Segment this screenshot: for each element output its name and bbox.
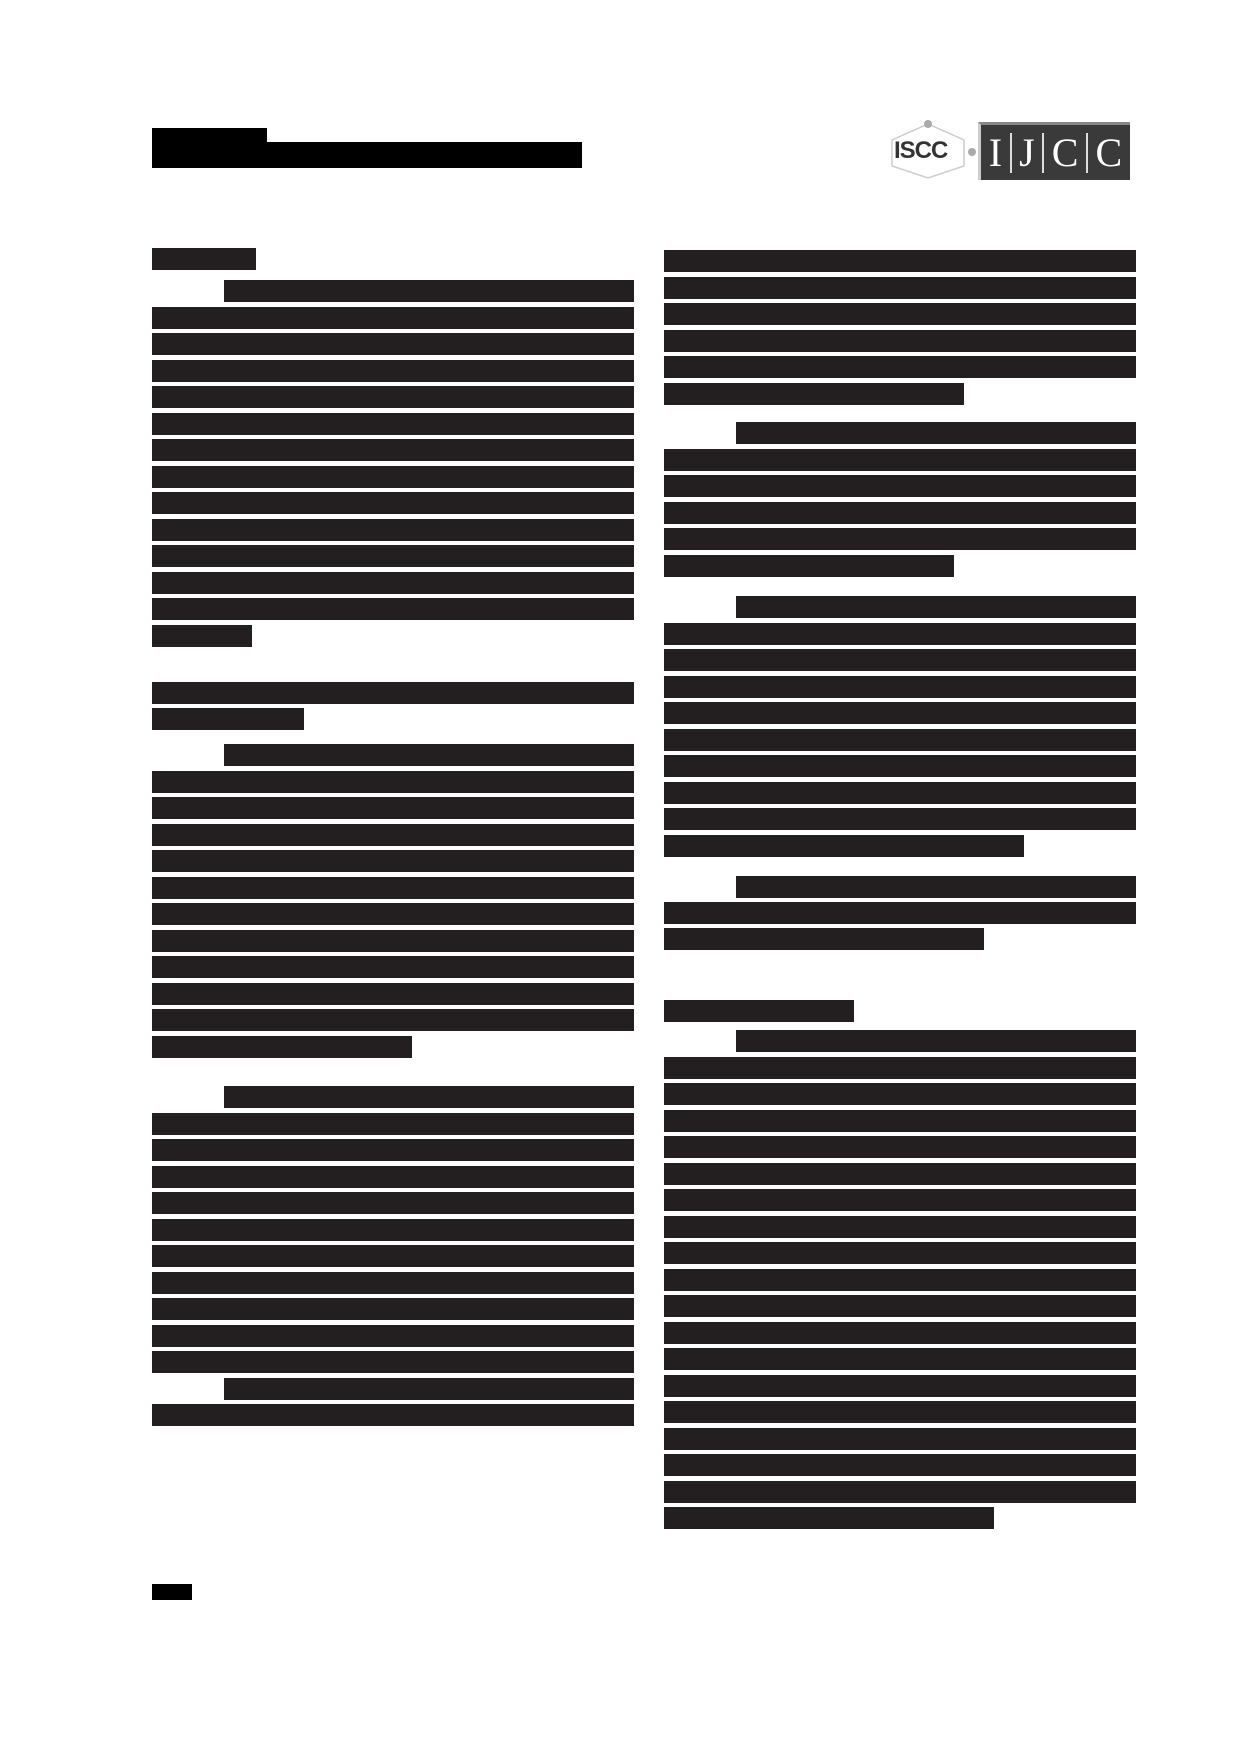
redacted-text-line — [152, 1192, 634, 1214]
redacted-text-line — [152, 903, 634, 925]
redacted-text-line — [664, 1163, 1136, 1185]
redacted-text-line — [664, 649, 1136, 671]
molecule-dot-icon — [968, 148, 976, 156]
redacted-text-line — [152, 519, 634, 541]
redacted-text-line — [152, 572, 634, 594]
redacted-text-line — [664, 528, 1136, 550]
redacted-text-line — [152, 625, 252, 647]
redacted-text-line — [664, 1083, 1136, 1105]
redacted-text-line — [664, 1242, 1136, 1264]
redacted-text-line — [152, 492, 634, 514]
redacted-text-line — [152, 466, 634, 488]
redacted-text-line — [152, 413, 634, 435]
redacted-text-line — [152, 824, 634, 846]
redacted-text-line — [152, 1113, 634, 1135]
redacted-text-line — [152, 439, 634, 461]
redacted-text-line — [152, 333, 634, 355]
redacted-text-line — [664, 555, 954, 577]
redacted-text-line — [664, 808, 1136, 830]
redacted-text-line — [152, 360, 634, 382]
redacted-text-line — [664, 250, 1136, 272]
redacted-text-line — [152, 983, 634, 1005]
page-number — [152, 1584, 192, 1600]
section-heading — [664, 1000, 854, 1022]
redacted-text-line — [152, 956, 634, 978]
redacted-text-line — [152, 307, 634, 329]
ijcc-logo: I J C C — [978, 122, 1130, 180]
iscc-logo: ISCC — [888, 122, 968, 180]
redacted-text-line — [152, 1009, 634, 1031]
redacted-text-line — [664, 502, 1136, 524]
redacted-text-line — [664, 835, 1024, 857]
redacted-text-line — [664, 383, 964, 405]
redacted-text-line — [152, 1298, 634, 1320]
redacted-text-line — [664, 1136, 1136, 1158]
redacted-text-line — [152, 386, 634, 408]
redacted-text-line — [736, 1030, 1136, 1052]
iscc-logo-text: ISCC — [894, 137, 947, 165]
redacted-text-line — [152, 1166, 634, 1188]
redacted-text-line — [664, 449, 1136, 471]
redacted-text-line — [152, 850, 634, 872]
redacted-text-line — [664, 702, 1136, 724]
redacted-text-line — [736, 422, 1136, 444]
redacted-text-line — [664, 623, 1136, 645]
molecule-dot-icon — [924, 120, 932, 128]
redacted-text-line — [152, 1351, 634, 1373]
redacted-text-line — [664, 1507, 994, 1529]
ijcc-letter: J — [1019, 133, 1035, 173]
redacted-text-line — [664, 1428, 1136, 1450]
section-heading — [152, 682, 634, 704]
redacted-text-line — [664, 330, 1136, 352]
ijcc-letter: C — [1096, 133, 1123, 173]
redacted-text-line — [664, 1057, 1136, 1079]
redacted-text-line — [224, 744, 634, 766]
redacted-text-line — [152, 877, 634, 899]
redacted-text-line — [152, 1219, 634, 1241]
redacted-text-line — [664, 475, 1136, 497]
redacted-text-line — [152, 771, 634, 793]
redacted-text-line — [664, 902, 1136, 924]
running-header-line1 — [152, 128, 267, 142]
redacted-text-line — [152, 1139, 634, 1161]
redacted-text-line — [152, 1404, 634, 1426]
redacted-text-line — [664, 1481, 1136, 1503]
redacted-text-line — [664, 928, 984, 950]
redacted-text-line — [664, 356, 1136, 378]
redacted-text-line — [736, 876, 1136, 898]
redacted-text-line — [664, 782, 1136, 804]
redacted-text-line — [152, 1036, 412, 1058]
redacted-text-line — [224, 1086, 634, 1108]
section-heading — [152, 708, 304, 730]
redacted-text-line — [664, 1401, 1136, 1423]
redacted-text-line — [224, 280, 634, 302]
ijcc-letter: C — [1052, 133, 1079, 173]
section-heading — [152, 248, 256, 270]
redacted-text-line — [664, 729, 1136, 751]
redacted-text-line — [152, 598, 634, 620]
redacted-text-line — [664, 1269, 1136, 1291]
redacted-text-line — [664, 755, 1136, 777]
redacted-text-line — [664, 1348, 1136, 1370]
redacted-text-line — [664, 1454, 1136, 1476]
redacted-text-line — [664, 1216, 1136, 1238]
redacted-text-line — [664, 1322, 1136, 1344]
redacted-text-line — [664, 676, 1136, 698]
ijcc-letter: I — [989, 133, 1002, 173]
redacted-text-line — [664, 303, 1136, 325]
redacted-text-line — [664, 1295, 1136, 1317]
redacted-text-line — [152, 930, 634, 952]
redacted-text-line — [664, 1110, 1136, 1132]
redacted-text-line — [152, 1245, 634, 1267]
redacted-text-line — [152, 1272, 634, 1294]
redacted-text-line — [736, 596, 1136, 618]
redacted-text-line — [664, 1375, 1136, 1397]
running-header-line2 — [152, 142, 582, 168]
redacted-text-line — [224, 1378, 634, 1400]
redacted-text-line — [152, 545, 634, 567]
redacted-text-line — [664, 1189, 1136, 1211]
redacted-text-line — [664, 277, 1136, 299]
redacted-text-line — [152, 797, 634, 819]
redacted-text-line — [152, 1325, 634, 1347]
